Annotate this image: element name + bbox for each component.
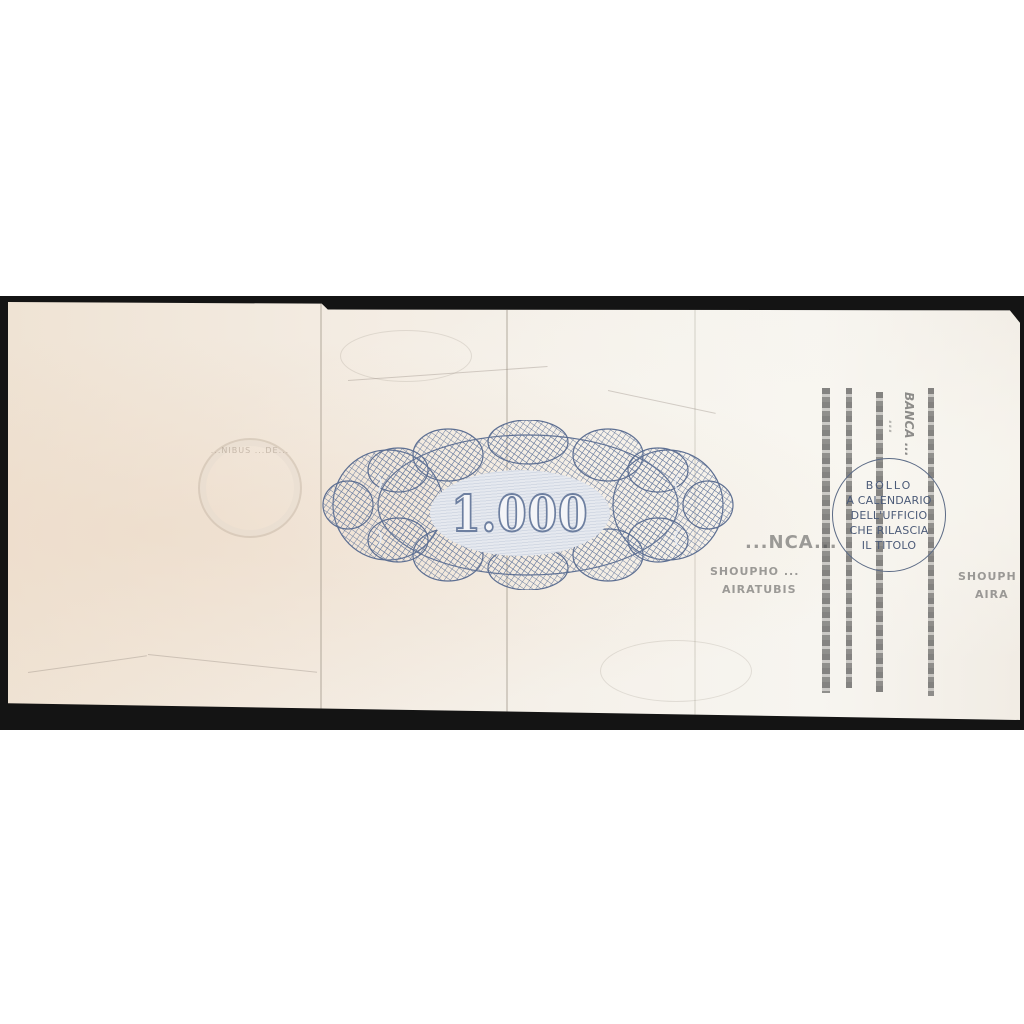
stamp-line: A CALENDARIO xyxy=(846,493,931,508)
stamp-line: IL TITOLO xyxy=(862,538,916,553)
cancel-fragment-text: AIRA xyxy=(975,588,1009,601)
dry-seal-text: ...NIBUS ...DE... xyxy=(200,446,300,455)
denomination-oval: 1.000 xyxy=(430,470,610,556)
denomination-value: 1.000 xyxy=(451,484,588,543)
crease xyxy=(608,390,716,414)
stamp-line: DELL'UFFICIO xyxy=(851,508,928,523)
crease xyxy=(148,654,317,673)
cancel-fragment-text: SHOUPH xyxy=(958,570,1017,583)
cancel-mirrored-text: SHOUPHO ... xyxy=(710,565,799,578)
faint-print xyxy=(600,640,752,702)
dry-seal: ...NIBUS ...DE... xyxy=(198,438,302,538)
cancel-mirrored-text: ...NCA... xyxy=(745,532,838,553)
cancel-mirrored-text: AIRATUBIS xyxy=(722,583,797,596)
faint-print xyxy=(340,330,472,382)
stamp-line: CHE RILASCIA xyxy=(849,523,928,538)
calendar-stamp: BOLLO A CALENDARIO DELL'UFFICIO CHE RILA… xyxy=(832,458,946,572)
crease xyxy=(28,655,147,673)
stamp-line: BOLLO xyxy=(866,478,913,493)
